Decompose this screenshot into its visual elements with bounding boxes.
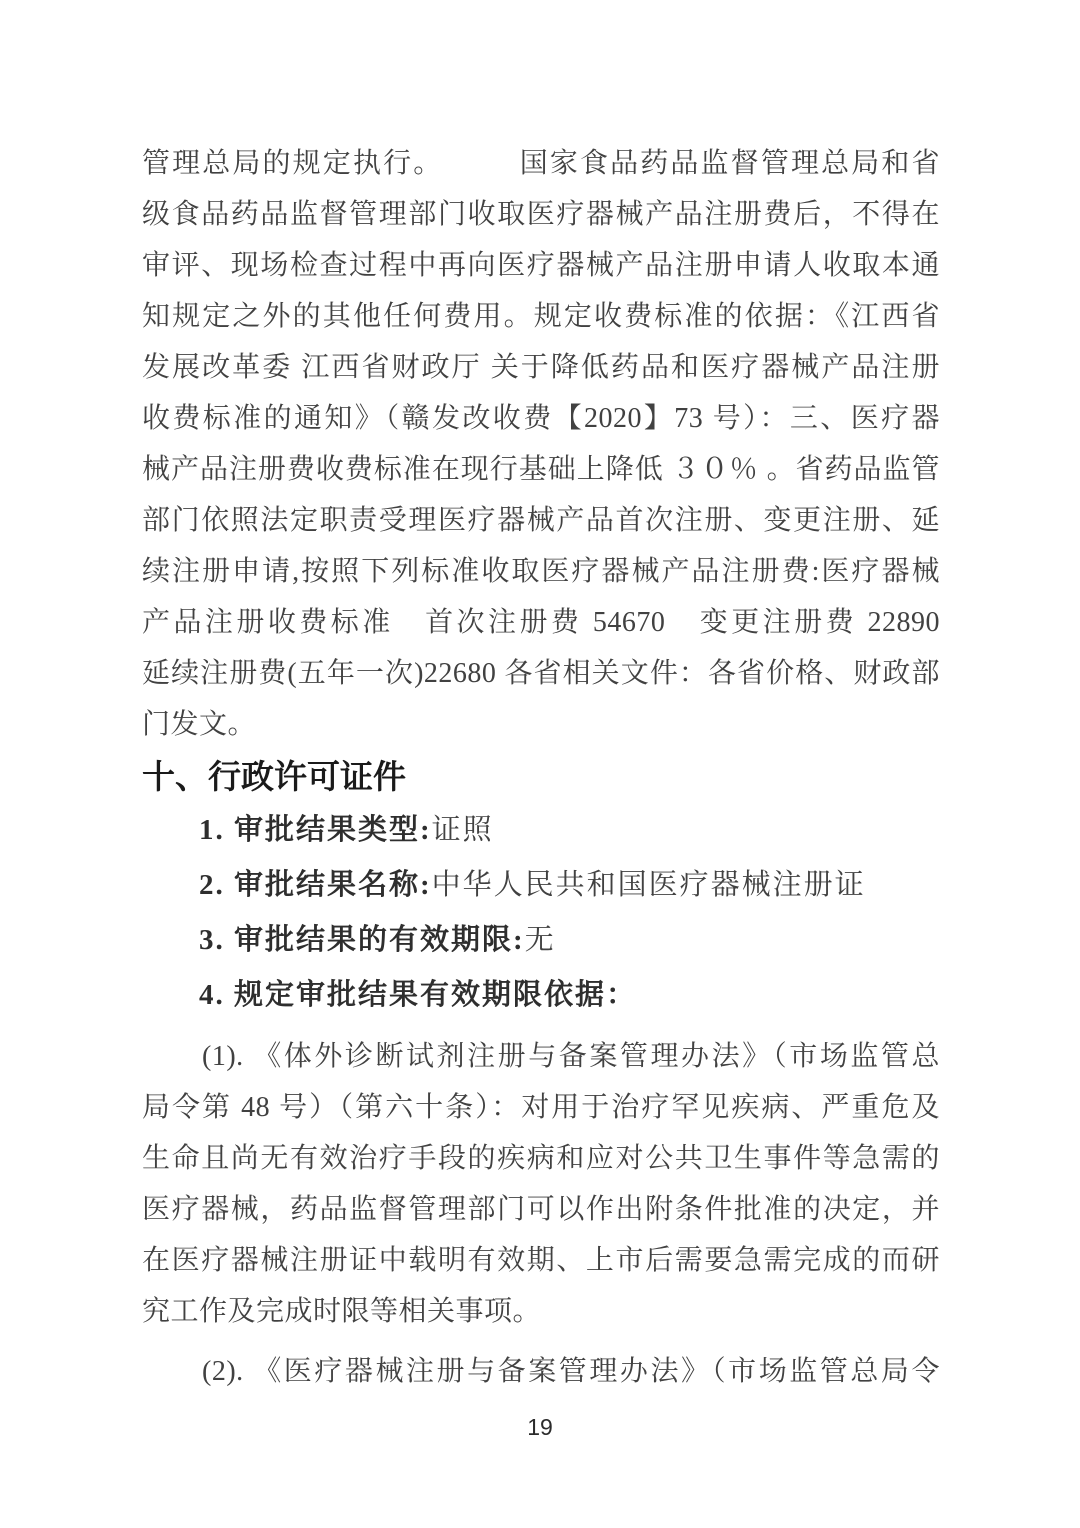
basis-paragraph-2: (2). 《医疗器械注册与备案管理办法》（市场监管总局令 bbox=[142, 1346, 940, 1397]
text-line: 产品注册收费标准 首次注册费 54670 变更注册费 22890 bbox=[142, 597, 940, 648]
text-line: (1). 《体外诊断试剂注册与备案管理办法》（市场监管总 bbox=[142, 1031, 940, 1082]
fee-paragraph: 管理总局的规定执行。 国家食品药品监督管理总局和省 级食品药品监督管理部门收取医… bbox=[142, 138, 940, 750]
text-line: 究工作及完成时限等相关事项。 bbox=[142, 1286, 940, 1337]
approval-item: 4. 规定审批结果有效期限依据： bbox=[142, 968, 940, 1023]
text-line: 延续注册费(五年一次)22680 各省相关文件：各省价格、财政部 bbox=[142, 648, 940, 699]
text-line: 门发文。 bbox=[142, 699, 940, 750]
text-line: 续注册申请,按照下列标准收取医疗器械产品注册费:医疗器械 bbox=[142, 546, 940, 597]
text-line: 械产品注册费收费标准在现行基础上降低 ３０％ 。省药品监管 bbox=[142, 444, 940, 495]
item-value: 中华人民共和国医疗器械注册证 bbox=[432, 869, 866, 901]
text-line: 收费标准的通知》（赣发改收费【2020】73 号）：三、医疗器 bbox=[142, 393, 940, 444]
item-label: 4. 规定审批结果有效期限依据： bbox=[199, 979, 637, 1011]
section-heading: 十、行政许可证件 bbox=[142, 751, 940, 803]
text-line: 级食品药品监督管理部门收取医疗器械产品注册费后，不得在 bbox=[142, 189, 940, 240]
text-line: 医疗器械，药品监督管理部门可以作出附条件批准的决定，并 bbox=[142, 1184, 940, 1235]
basis-paragraph-1: (1). 《体外诊断试剂注册与备案管理办法》（市场监管总 局令第 48 号）（第… bbox=[142, 1031, 940, 1337]
item-label: 3. 审批结果的有效期限: bbox=[199, 924, 525, 956]
item-label: 2. 审批结果名称: bbox=[199, 869, 432, 901]
approval-items: 1. 审批结果类型:证照 2. 审批结果名称:中华人民共和国医疗器械注册证 3.… bbox=[142, 803, 940, 1023]
approval-item: 3. 审批结果的有效期限:无 bbox=[142, 913, 940, 968]
text-line: 发展改革委 江西省财政厅 关于降低药品和医疗器械产品注册 bbox=[142, 342, 940, 393]
text-line: (2). 《医疗器械注册与备案管理办法》（市场监管总局令 bbox=[142, 1346, 940, 1397]
text-line: 审评、现场检查过程中再向医疗器械产品注册申请人收取本通 bbox=[142, 240, 940, 291]
page-number: 19 bbox=[0, 1413, 1080, 1441]
document-page: 管理总局的规定执行。 国家食品药品监督管理总局和省 级食品药品监督管理部门收取医… bbox=[0, 0, 1080, 1528]
text-line: 知规定之外的其他任何费用。规定收费标准的依据：《江西省 bbox=[142, 291, 940, 342]
approval-item: 1. 审批结果类型:证照 bbox=[142, 803, 940, 858]
text-line: 生命且尚无有效治疗手段的疾病和应对公共卫生事件等急需的 bbox=[142, 1133, 940, 1184]
item-value: 证照 bbox=[432, 814, 494, 846]
item-label: 1. 审批结果类型: bbox=[199, 814, 432, 846]
text-line: 在医疗器械注册证中载明有效期、上市后需要急需完成的而研 bbox=[142, 1235, 940, 1286]
text-line: 管理总局的规定执行。 国家食品药品监督管理总局和省 bbox=[142, 138, 940, 189]
text-line: 部门依照法定职责受理医疗器械产品首次注册、变更注册、延 bbox=[142, 495, 940, 546]
text-line: 局令第 48 号）（第六十条）：对用于治疗罕见疾病、严重危及 bbox=[142, 1082, 940, 1133]
approval-item: 2. 审批结果名称:中华人民共和国医疗器械注册证 bbox=[142, 858, 940, 913]
item-value: 无 bbox=[525, 924, 556, 956]
document-content: 管理总局的规定执行。 国家食品药品监督管理总局和省 级食品药品监督管理部门收取医… bbox=[142, 138, 940, 1397]
